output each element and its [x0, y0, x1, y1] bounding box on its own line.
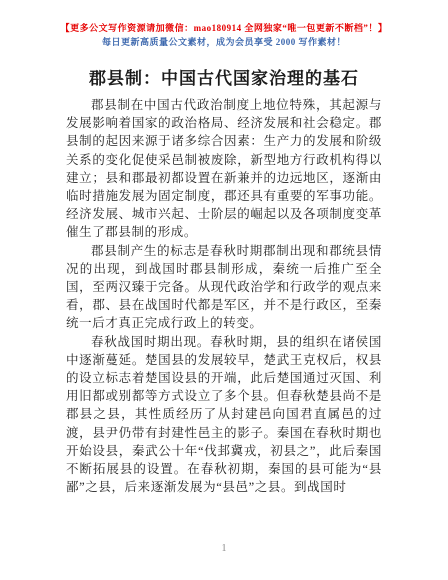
document-body: 郡县制在中国古代政治制度上地位特殊，其起源与发展影响着国家的政治格局、经济发展和…	[66, 96, 382, 496]
document-page: 【更多公文写作资源请加微信：mao180914 全网独家“唯一包更新不断档”！】…	[0, 0, 448, 580]
paragraph-2: 郡县制产生的标志是春秋时期郡制出现和郡统县情况的出现，到战国时郡县制形成，秦统一…	[66, 242, 382, 333]
paragraph-3: 春秋战国时期出现。春秋时期，县的组织在诸侯国中逐渐蔓延。楚国县的发展较早，楚武王…	[66, 333, 382, 497]
header-ad-banner: 【更多公文写作资源请加微信：mao180914 全网独家“唯一包更新不断档”！】…	[0, 22, 448, 49]
paragraph-1: 郡县制在中国古代政治制度上地位特殊，其起源与发展影响着国家的政治格局、经济发展和…	[66, 96, 382, 242]
page-number: 1	[0, 543, 448, 554]
page-title: 郡县制：中国古代国家治理的基石	[0, 64, 448, 89]
ad-line-blue: 每日更新高质量公文素材，成为会员享受 2000 写作素材！	[0, 36, 448, 49]
ad-line-red: 【更多公文写作资源请加微信：mao180914 全网独家“唯一包更新不断档”！】	[0, 22, 448, 35]
